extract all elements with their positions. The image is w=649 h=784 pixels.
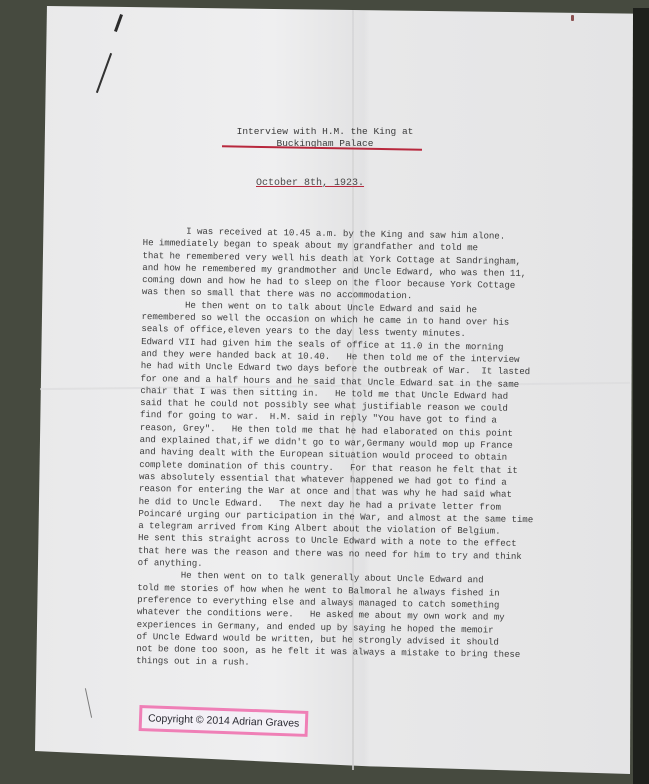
pin-hole-mark — [571, 15, 574, 21]
letter-body: I was received at 10.45 a.m. by the King… — [136, 225, 593, 675]
dark-edge — [633, 8, 649, 784]
document-date: October 8th, 1923. — [256, 178, 364, 189]
title-line-1: Interview with H.M. the King at — [225, 126, 425, 138]
